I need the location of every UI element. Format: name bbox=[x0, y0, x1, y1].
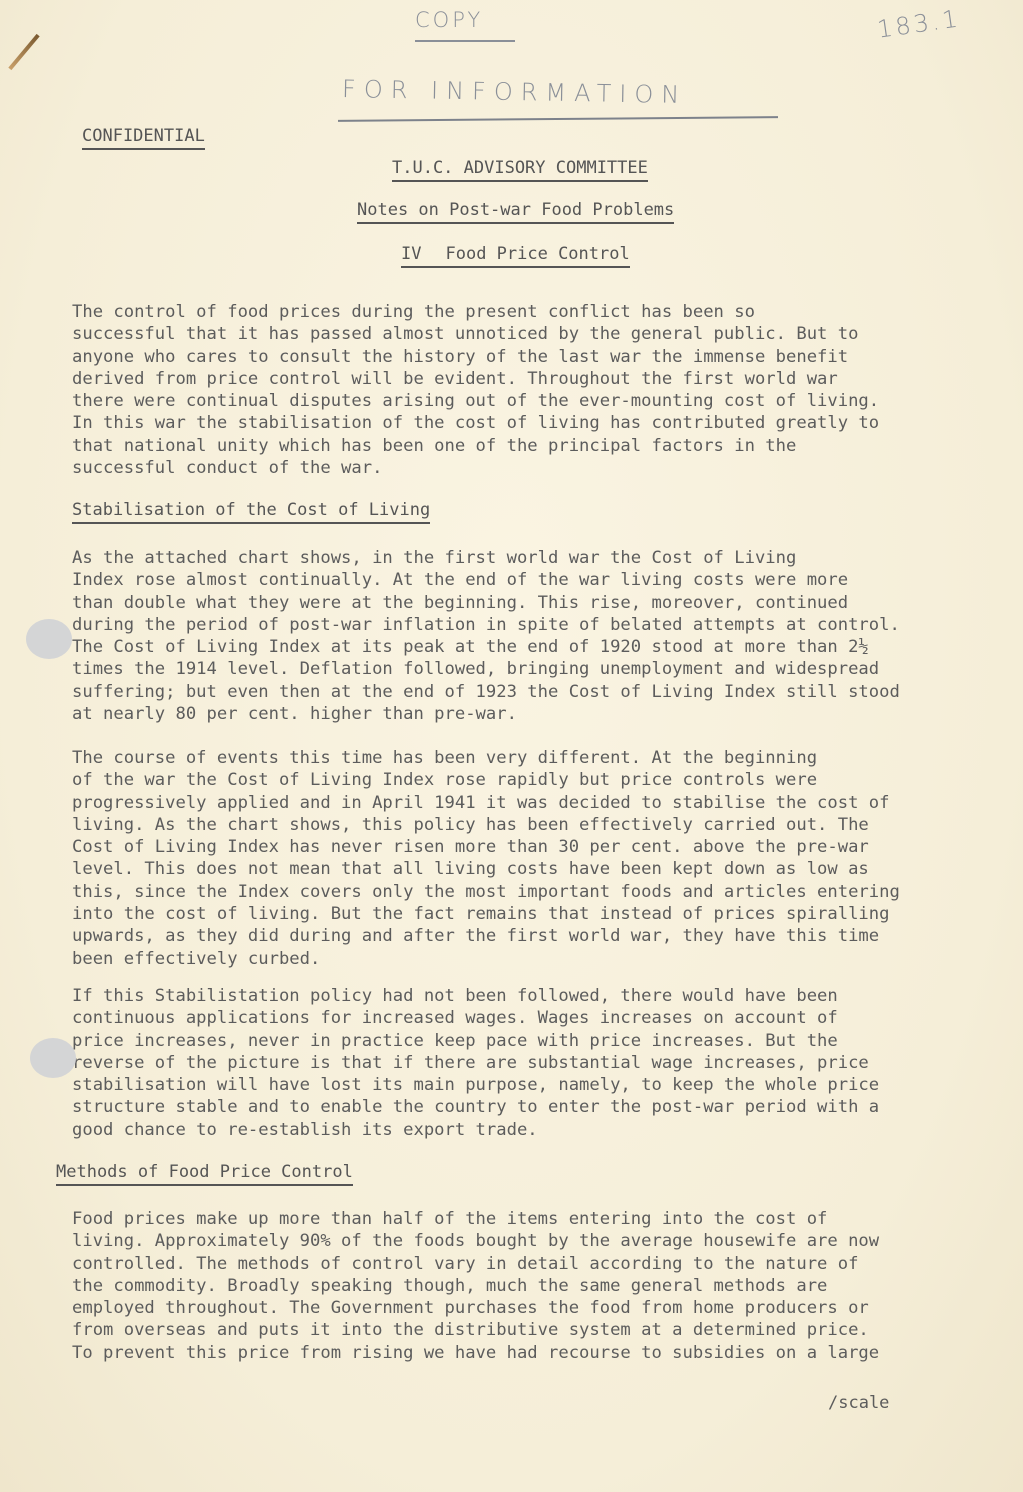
handwritten-for-information: FOR INFORMATION bbox=[342, 75, 688, 109]
intro-paragraph: The control of food prices during the pr… bbox=[72, 301, 967, 479]
section-heading-methods: Methods of Food Price Control bbox=[56, 1162, 353, 1186]
series-title: Notes on Post-war Food Problems bbox=[357, 200, 674, 224]
punch-hole bbox=[26, 619, 72, 659]
punch-hole bbox=[30, 1038, 76, 1078]
document-page: COPY 183.1 FOR INFORMATION CONFIDENTIAL … bbox=[0, 0, 1023, 1492]
handwritten-copy-note: COPY bbox=[415, 8, 483, 32]
paragraph-food-prices: Food prices make up more than half of th… bbox=[72, 1208, 967, 1364]
section-title: IVFood Price Control bbox=[401, 244, 630, 268]
copy-underline bbox=[415, 40, 515, 42]
pencil-mark bbox=[8, 34, 39, 70]
folio-number: 183.1 bbox=[876, 4, 963, 43]
paragraph-this-war: The course of events this time has been … bbox=[72, 747, 967, 970]
classification-label: CONFIDENTIAL bbox=[82, 126, 205, 150]
section-number: IV bbox=[401, 244, 421, 264]
section-heading-stabilisation: Stabilisation of the Cost of Living bbox=[72, 500, 430, 524]
section-title-text: Food Price Control bbox=[445, 244, 629, 264]
for-information-underline bbox=[338, 116, 778, 122]
paragraph-wages: If this Stabilistation policy had not be… bbox=[72, 985, 967, 1141]
paragraph-first-world-war: As the attached chart shows, in the firs… bbox=[72, 547, 967, 725]
committee-title: T.U.C. ADVISORY COMMITTEE bbox=[392, 158, 648, 182]
catchword: /scale bbox=[828, 1393, 889, 1413]
